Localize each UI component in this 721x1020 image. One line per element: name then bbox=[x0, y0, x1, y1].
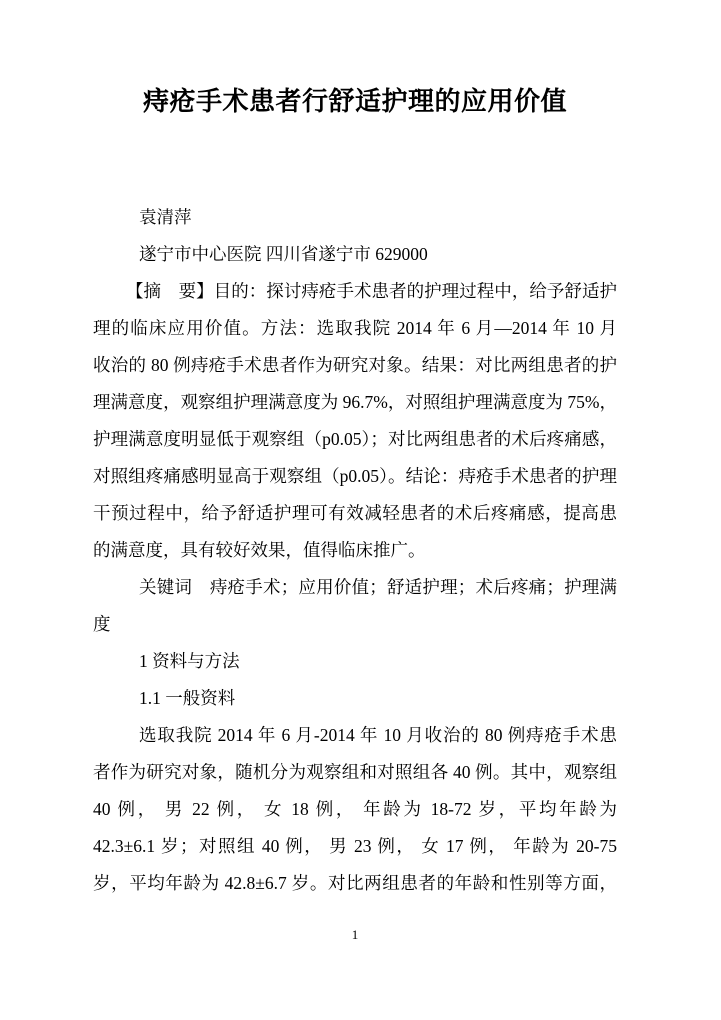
author-affiliation: 遂宁市中心医院 四川省遂宁市 629000 bbox=[93, 236, 617, 273]
section-1-1-heading: 1.1 一般资料 bbox=[93, 680, 617, 717]
author-name: 袁清萍 bbox=[93, 199, 617, 236]
abstract-line: 对照组疼痛感明显高于观察组（p0.05）。结论：痔疮手术患者的护理 bbox=[93, 458, 617, 495]
keywords-line: 度 bbox=[93, 606, 617, 643]
body-paragraph-line: 岁，平均年龄为 42.8±6.7 岁。对比两组患者的年龄和性别等方面， bbox=[93, 865, 617, 902]
document-page: 痔疮手术患者行舒适护理的应用价值 袁清萍 遂宁市中心医院 四川省遂宁市 6290… bbox=[0, 0, 721, 1020]
abstract-line: 理的临床应用价值。方法：选取我院 2014 年 6 月—2014 年 10 月 bbox=[93, 310, 617, 347]
paper-title: 痔疮手术患者行舒适护理的应用价值 bbox=[93, 82, 617, 122]
abstract-line: 干预过程中，给予舒适护理可有效减轻患者的术后疼痛感，提高患者 bbox=[93, 495, 617, 532]
body-paragraph-line: 者作为研究对象，随机分为观察组和对照组各 40 例。其中，观察组 bbox=[93, 754, 617, 791]
body-paragraph-line: 选取我院 2014 年 6 月-2014 年 10 月收治的 80 例痔疮手术患 bbox=[93, 717, 617, 754]
abstract-line: 护理满意度明显低于观察组（p0.05）；对比两组患者的术后疼痛感， bbox=[93, 421, 617, 458]
abstract-line: 的满意度，具有较好效果，值得临床推广。 bbox=[93, 532, 617, 569]
body-paragraph-line: 42.3±6.1 岁；对照组 40 例， 男 23 例， 女 17 例， 年龄为… bbox=[93, 828, 617, 865]
abstract-line: 收治的 80 例痔疮手术患者作为研究对象。结果：对比两组患者的护 bbox=[93, 347, 617, 384]
keywords-line: 关键词 痔疮手术；应用价值；舒适护理；术后疼痛；护理满意 bbox=[93, 569, 617, 606]
abstract-line: 【摘 要】目的：探讨痔疮手术患者的护理过程中，给予舒适护 bbox=[93, 273, 617, 310]
abstract-line: 理满意度，观察组护理满意度为 96.7%，对照组护理满意度为 75%， bbox=[93, 384, 617, 421]
document-body: 袁清萍 遂宁市中心医院 四川省遂宁市 629000 【摘 要】目的：探讨痔疮手术… bbox=[93, 199, 617, 902]
page-number: 1 bbox=[93, 926, 617, 944]
section-1-heading: 1 资料与方法 bbox=[93, 643, 617, 680]
body-paragraph-line: 40 例， 男 22 例， 女 18 例， 年龄为 18-72 岁，平均年龄为 bbox=[93, 791, 617, 828]
